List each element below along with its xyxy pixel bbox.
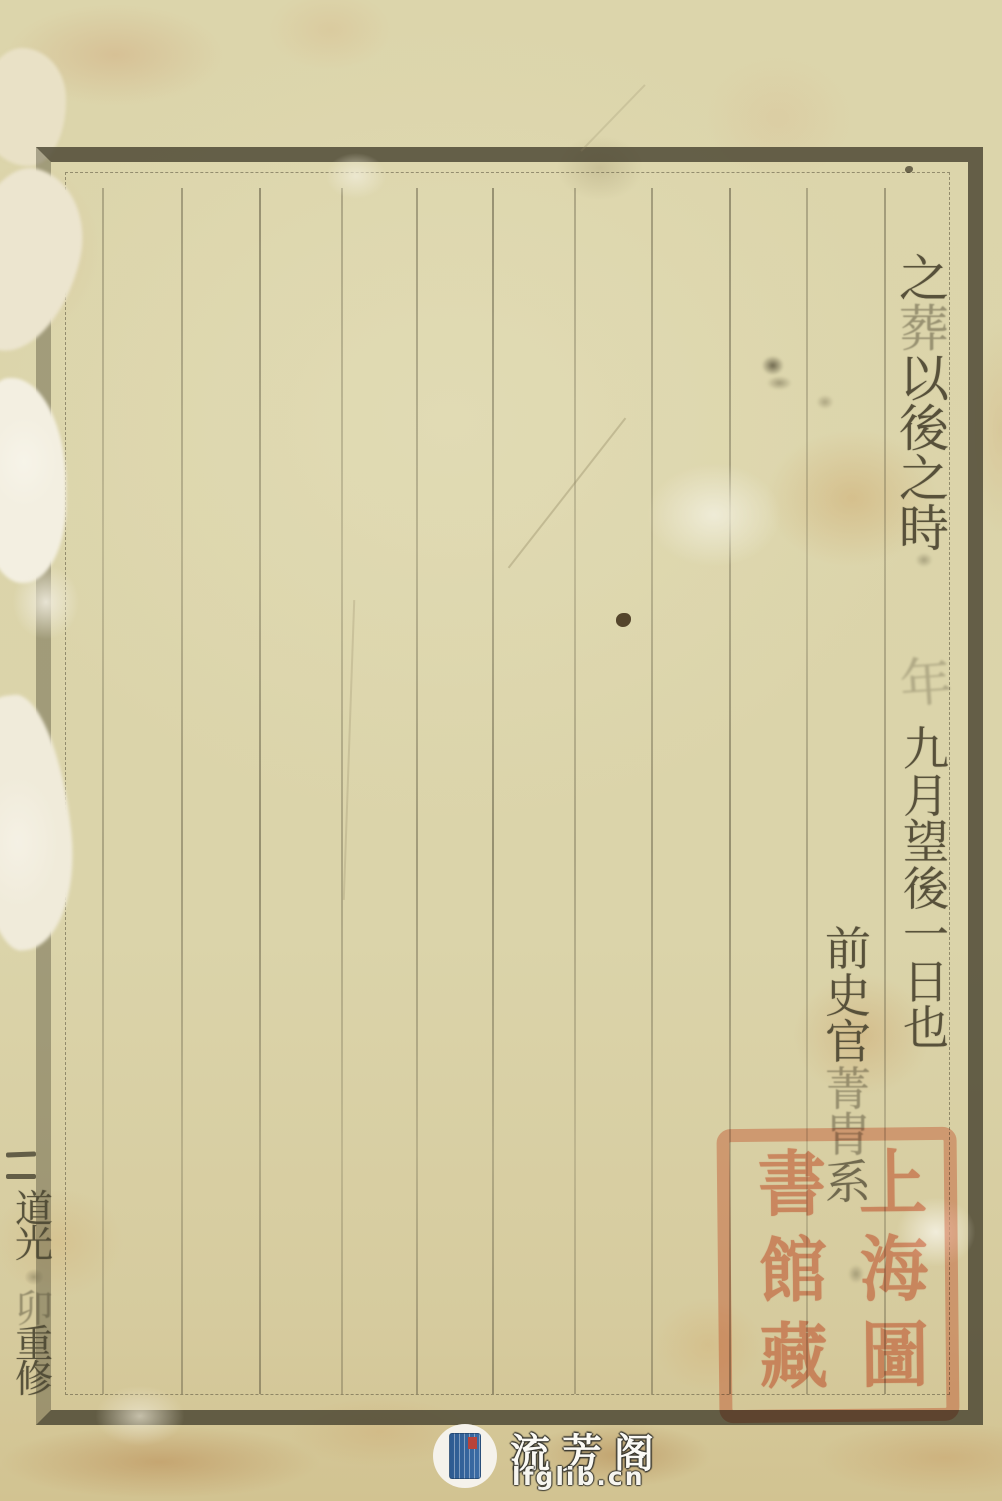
faded-character: 葬	[899, 304, 949, 354]
column-rule	[651, 188, 653, 1394]
han-character: 史	[825, 973, 871, 1020]
han-character: 時	[899, 504, 949, 554]
watermark-logo-circle	[433, 1424, 497, 1488]
column-rule	[341, 188, 343, 1394]
text-column-right-date: 九 月 望 後 一 日 也	[892, 726, 960, 1052]
han-character: 之	[899, 254, 949, 304]
margin-marks	[6, 1151, 36, 1157]
han-character: 之	[899, 454, 949, 504]
faded-character: 年	[898, 656, 954, 712]
han-character: 官	[825, 1019, 871, 1066]
margin-marks	[6, 1174, 36, 1179]
column-rule	[416, 188, 418, 1394]
han-character: 前	[825, 926, 871, 973]
han-character: 後	[903, 866, 949, 913]
book-label-icon	[468, 1437, 477, 1449]
han-character: 也	[903, 1005, 949, 1052]
column-rule	[102, 188, 104, 1394]
text-column-right-faded: 年	[896, 658, 956, 710]
column-rule	[259, 188, 261, 1394]
book-icon	[449, 1433, 481, 1479]
han-character: 以	[899, 354, 949, 404]
watermark-site-url: lfglib.cn	[512, 1462, 645, 1491]
han-character: 九	[903, 726, 949, 773]
seal-column-left: 書館藏	[736, 1146, 839, 1405]
han-character: 後	[899, 404, 949, 454]
han-character: 一	[903, 912, 949, 959]
scanned-page: 之 葬 以 後 之 時 年 九 月 望 後 一 日 也 前 史 官 菁 胄 系 …	[0, 0, 1002, 1501]
faded-character: 卯	[15, 1292, 53, 1327]
seal-column-right: 上海圖	[837, 1145, 940, 1404]
han-character: 日	[903, 959, 949, 1006]
column-rule	[574, 188, 576, 1394]
han-character: 光	[15, 1227, 53, 1262]
column-rule	[181, 188, 183, 1394]
site-watermark: 流芳阁 lfglib.cn	[428, 1420, 728, 1498]
han-character: 望	[903, 819, 949, 866]
left-margin-text: 道 光 卯 重 修	[8, 1192, 60, 1397]
han-character: 月	[903, 773, 949, 820]
text-column-right: 之 葬 以 後 之 時	[888, 254, 960, 554]
library-seal: 上海圖 書館藏	[716, 1127, 959, 1423]
han-character: 修	[15, 1362, 53, 1397]
paper-crease	[580, 84, 645, 152]
faded-character: 菁	[825, 1066, 871, 1113]
column-rule	[492, 188, 494, 1394]
